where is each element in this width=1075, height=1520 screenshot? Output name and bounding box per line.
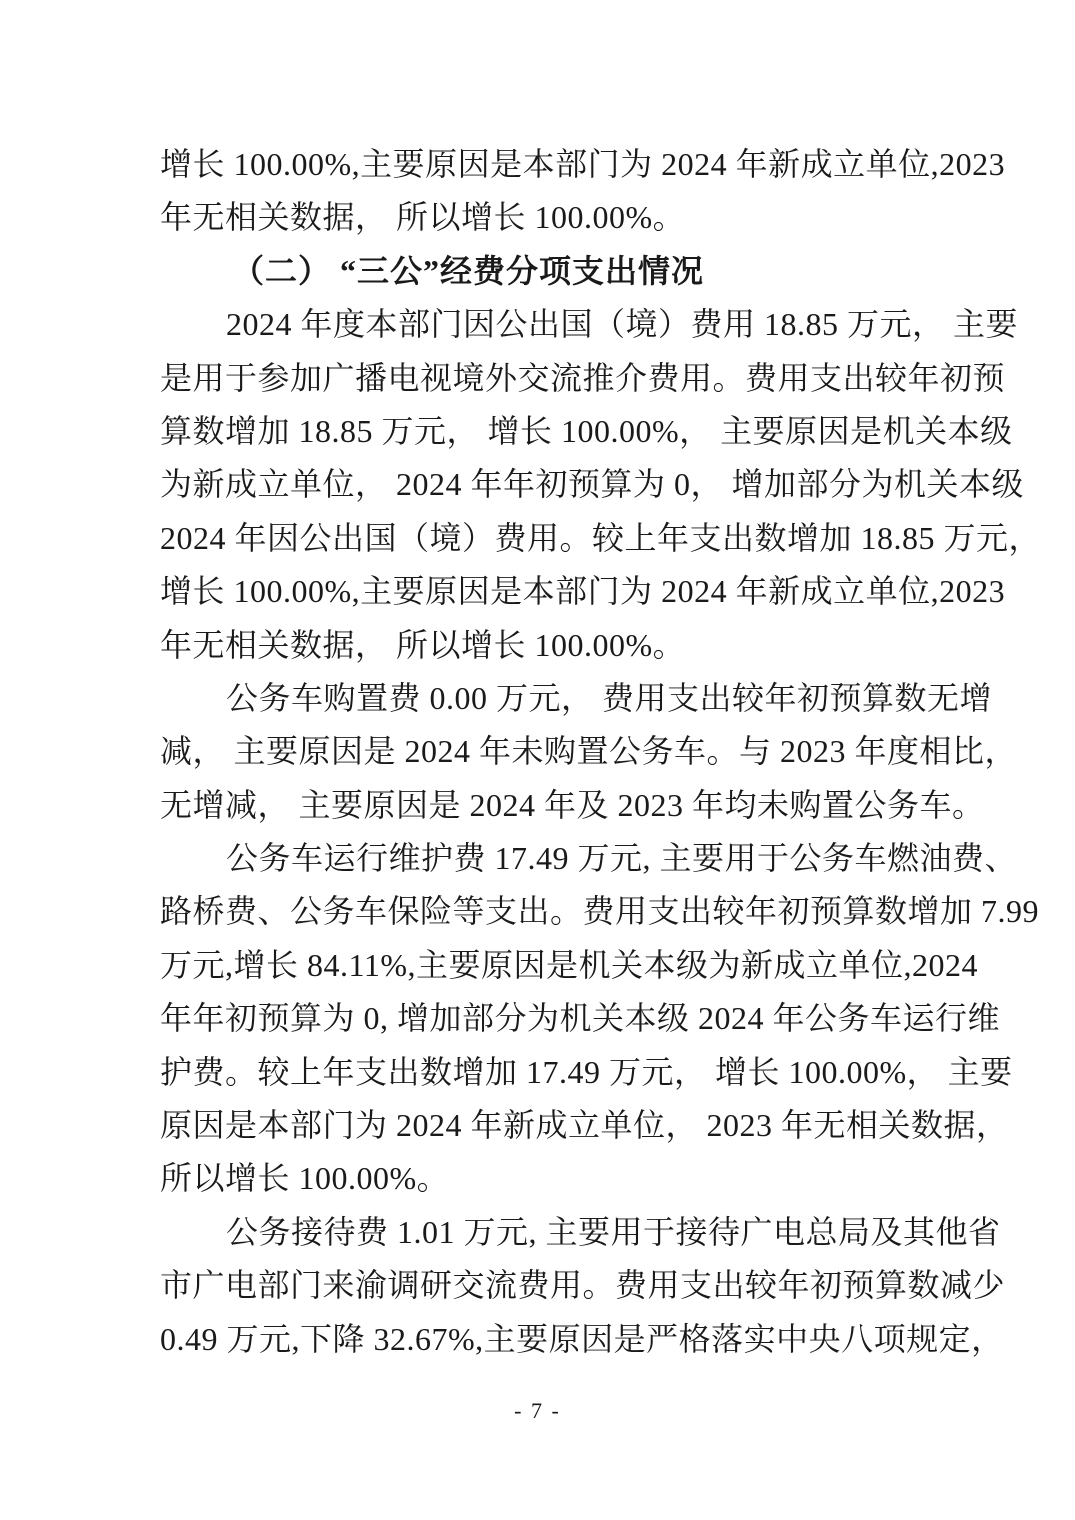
text-line: 为新成立单位， 2024 年年初预算为 0， 增加部分为机关本级 [160,458,916,511]
text-line: 年无相关数据， 所以增长 100.00%。 [160,191,916,244]
text-line: 增长 100.00%,主要原因是本部门为 2024 年新成立单位,2023 [160,138,916,191]
text-line: 2024 年度本部门因公出国（境）费用 18.85 万元， 主要 [160,298,916,351]
text-line: 所以增长 100.00%。 [160,1152,916,1205]
text-line: 公务车购置费 0.00 万元， 费用支出较年初预算数无增 [160,672,916,725]
text-line: 2024 年因公出国（境）费用。较上年支出数增加 18.85 万元， [160,512,916,565]
text-line: 护费。较上年支出数增加 17.49 万元， 增长 100.00%， 主要 [160,1046,916,1099]
text-line: 公务接待费 1.01 万元, 主要用于接待广电总局及其他省 [160,1206,916,1259]
text-line: 市广电部门来渝调研交流费用。费用支出较年初预算数减少 [160,1259,916,1312]
document-page: 增长 100.00%,主要原因是本部门为 2024 年新成立单位,2023年无相… [0,0,1075,1520]
document-body: 增长 100.00%,主要原因是本部门为 2024 年新成立单位,2023年无相… [160,138,916,1366]
text-line: 算数增加 18.85 万元， 增长 100.00%， 主要原因是机关本级 [160,405,916,458]
section-heading: （二） “三公”经费分项支出情况 [160,245,916,298]
text-line: 增长 100.00%,主要原因是本部门为 2024 年新成立单位,2023 [160,565,916,618]
text-line: 0.49 万元,下降 32.67%,主要原因是严格落实中央八项规定， [160,1313,916,1366]
text-line: 年无相关数据， 所以增长 100.00%。 [160,619,916,672]
text-line: 无增减， 主要原因是 2024 年及 2023 年均未购置公务车。 [160,779,916,832]
text-line: 万元,增长 84.11%,主要原因是机关本级为新成立单位,2024 [160,939,916,992]
page-number: - 7 - [0,1398,1075,1424]
text-line: 路桥费、公务车保险等支出。费用支出较年初预算数增加 7.99 [160,885,916,938]
text-line: 是用于参加广播电视境外交流推介费用。费用支出较年初预 [160,352,916,405]
text-line: 年年初预算为 0, 增加部分为机关本级 2024 年公务车运行维 [160,992,916,1045]
text-line: 原因是本部门为 2024 年新成立单位， 2023 年无相关数据， [160,1099,916,1152]
text-line: 公务车运行维护费 17.49 万元, 主要用于公务车燃油费、 [160,832,916,885]
text-line: 减， 主要原因是 2024 年未购置公务车。与 2023 年度相比， [160,725,916,778]
